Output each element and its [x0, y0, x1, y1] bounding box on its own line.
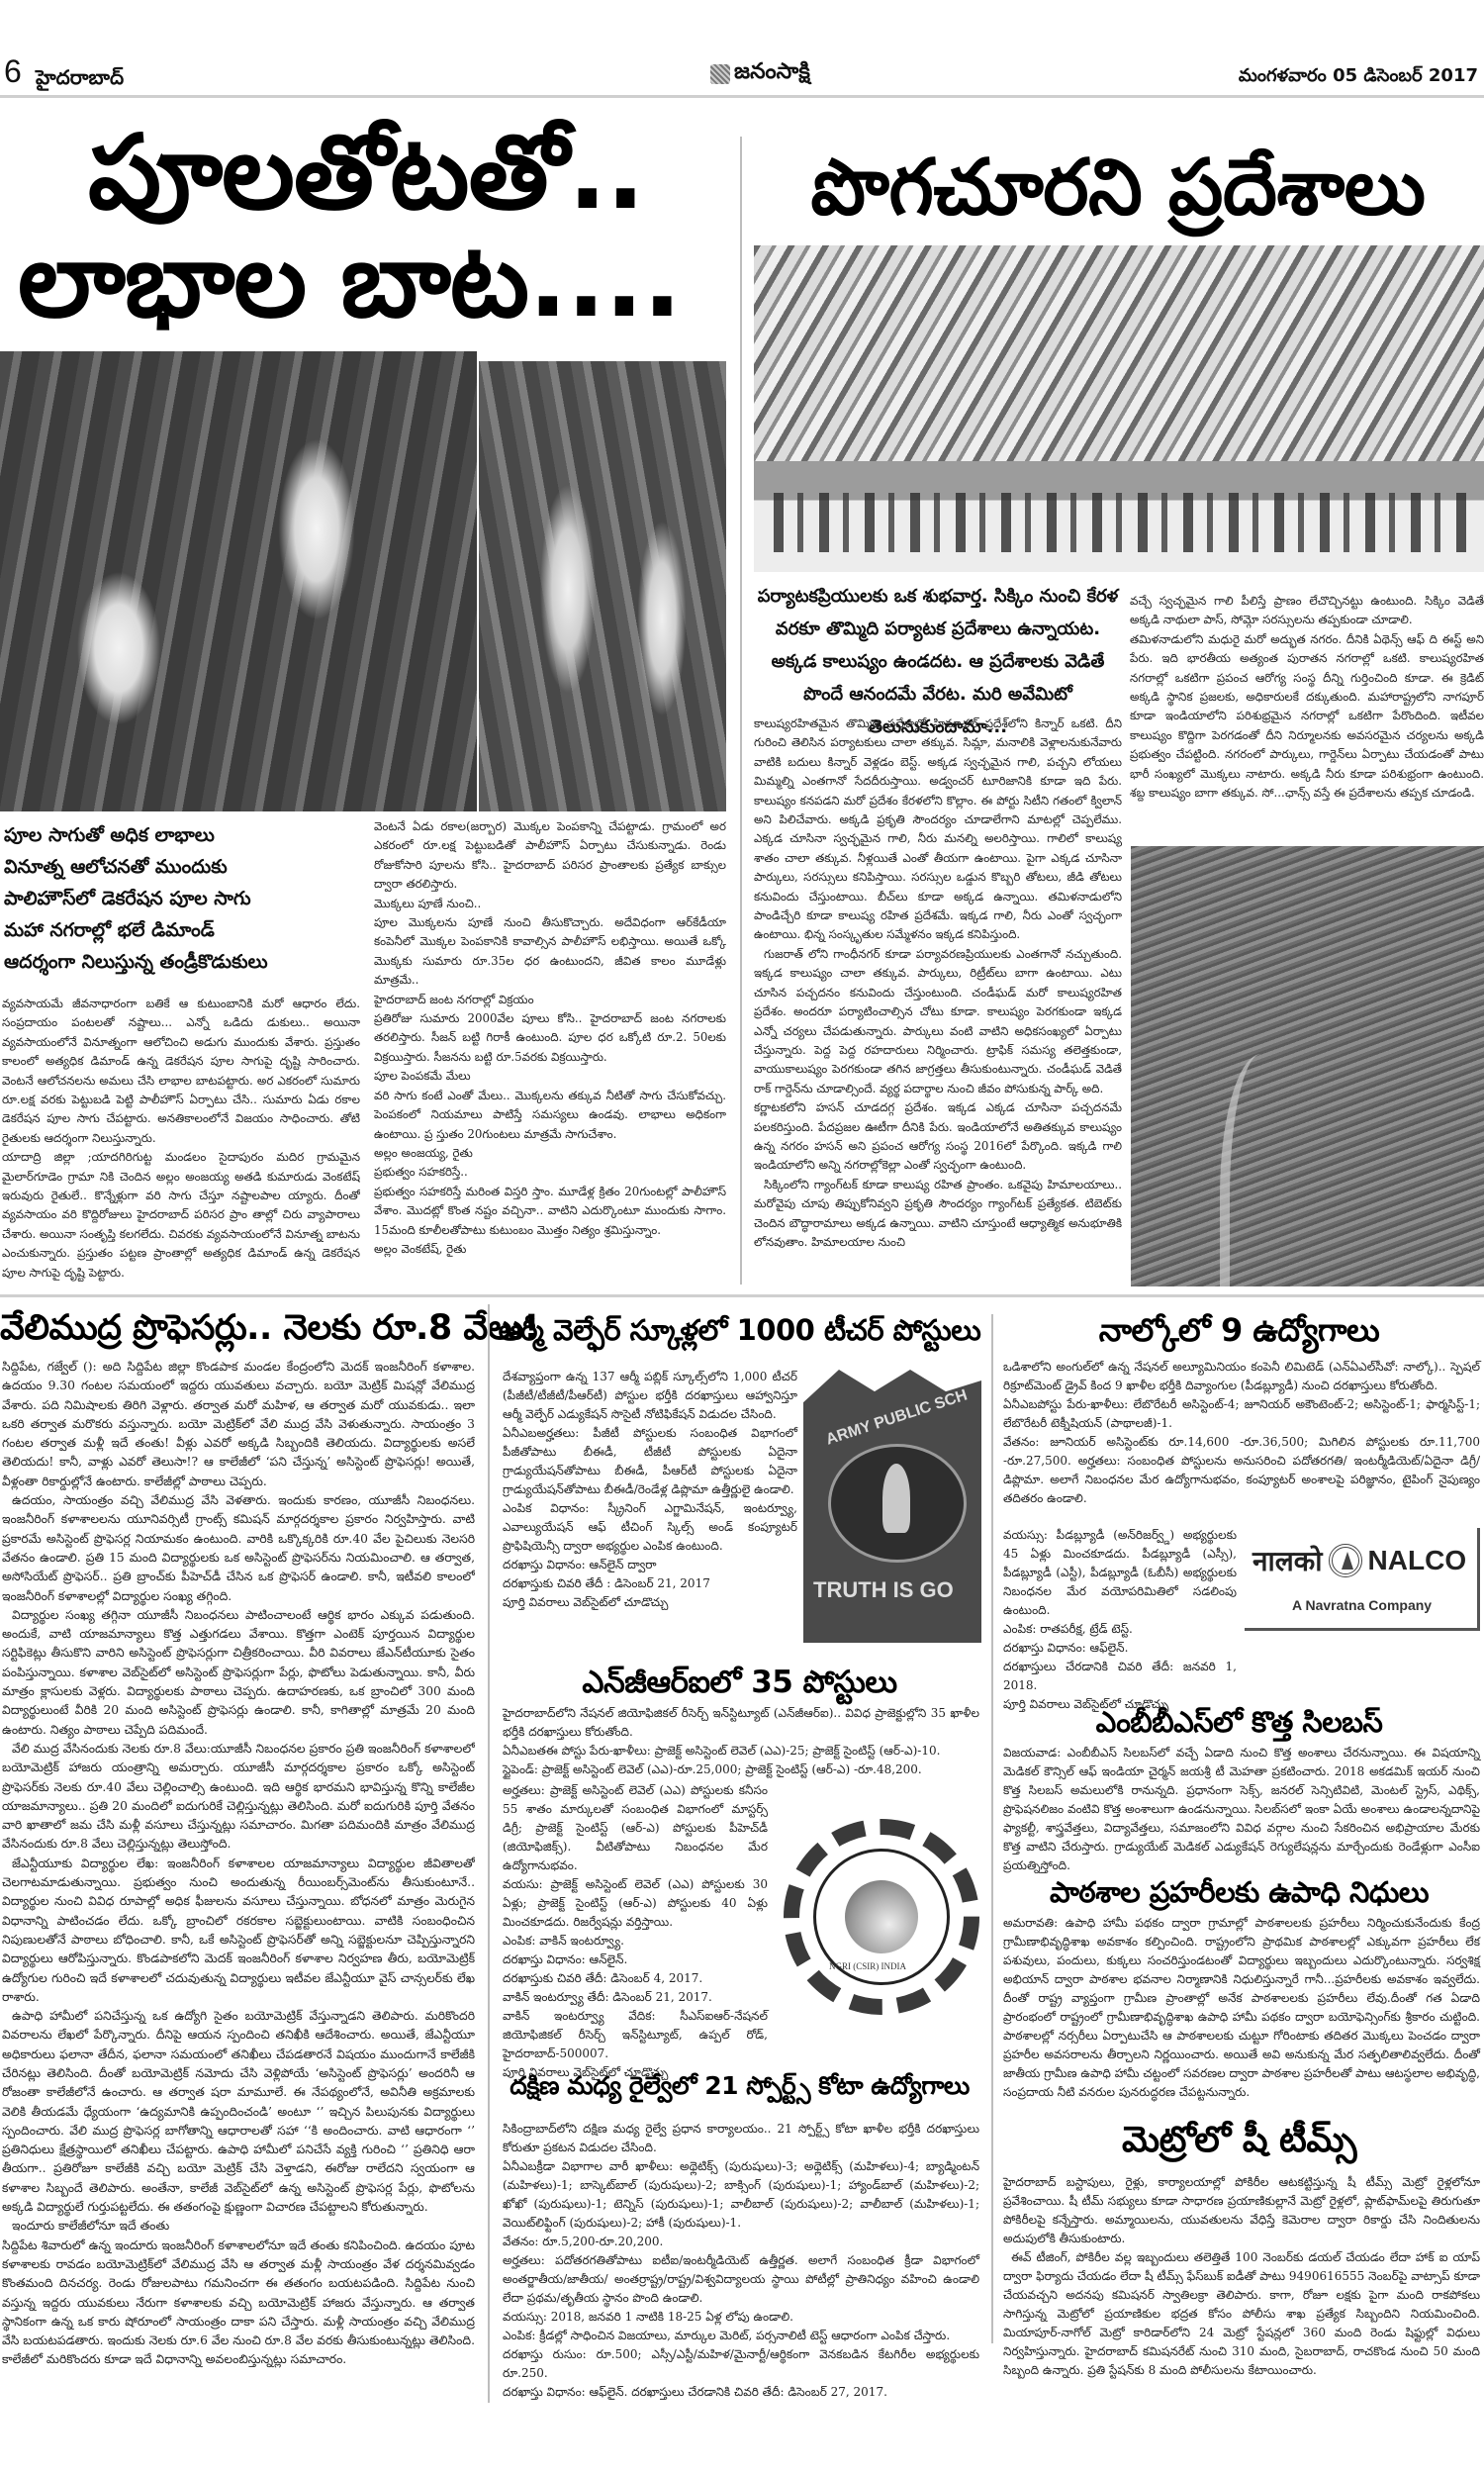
paragraph: ఏనీఎబపోస్టు పేరు-ఖాళీలు: లేబొరేటరీ అసిస్…: [1003, 1395, 1480, 1433]
tea-garden-photo: [1131, 846, 1484, 1286]
paragraph: వచ్చే స్వచ్ఛమైన గాలి పీలిస్తే ప్రాణం లేచ…: [1130, 592, 1484, 630]
flower-photo-left: [0, 351, 477, 811]
issue-date: మంగళవారం 05 డిసెంబర్ 2017: [1239, 65, 1478, 90]
paragraph: సిద్దిపేట శివారులో ఉన్న ఇందూరు ఇంజనీరింగ…: [2, 2237, 475, 2370]
subhead: ఇందూరు కాలేజీలోనూ ఇదే తంతు: [2, 2217, 475, 2236]
tea-garden-path: [1220, 1054, 1289, 1286]
she-teams-headline: మెట్రోలో షీ టీమ్స్: [994, 2116, 1484, 2165]
paragraph: ఎంపిక: వాకిన్ ఇంటర్వ్యూ.: [503, 1932, 768, 1951]
paragraph: సిక్కింలోని గ్యాంగ్‌టక్ కూడా కాలుష్య రహి…: [754, 1176, 1122, 1253]
nalco-headline: నాల్కోలో 9 ఉద్యోగాలు: [994, 1306, 1484, 1354]
ngri-body-left: అర్హతలు: ప్రాజెక్ట్ అసిస్టెంట్ లెవెల్ (ఎ…: [503, 1781, 768, 2082]
page-number: 6: [4, 53, 22, 90]
paragraph: వేతనం: జూనియర్ అసిస్టెంట్‌కు రూ.14,600 -…: [1003, 1433, 1480, 1508]
column-divider: [991, 1314, 993, 2343]
paragraph: గుజరాత్ లోని గాంధీనగర్ కూడా పర్యావరణప్రి…: [754, 945, 1122, 1098]
masthead-logo-icon: [710, 64, 730, 84]
paragraph: దరఖాస్తు విధానం: ఆన్‌లైన్ ద్వారా: [503, 1556, 797, 1574]
highlight-item: ఆదర్శంగా నిలుస్తున్న తండ్రీకొడుకులు: [4, 946, 360, 978]
paragraph: వయస్సు: 2018, జనవరి 1 నాటికి 18-25 ఏళ్ల …: [503, 2308, 979, 2327]
paragraph: దరఖాస్తులు చేరడానికి చివరి తేదీ: జనవరి 1…: [1003, 1658, 1237, 1695]
highlight-item: పూల సాగుతో అధిక లాభాలు: [4, 819, 360, 851]
subhead: హైదరాబాద్ జంట నగరాల్లో విక్రయం: [374, 991, 726, 1009]
subhead: మొక్కలు పూణే నుంచి..: [374, 895, 726, 913]
paragraph: దరఖాస్తుకు చివరి తేదీ: డిసెంబర్ 4, 2017.: [503, 1969, 768, 1988]
highlight-item: మహా నగరాల్లో భలే డిమాండ్: [4, 914, 360, 946]
fingerprint-body: సిద్దిపేట, గజ్వేల్ (): అది సిద్దిపేట జిల…: [2, 1358, 475, 2397]
page-header: 6 హైదరాబాద్ జనంసాక్షి మంగళవారం 05 డిసెంబ…: [0, 0, 1484, 95]
army-headline: ఆర్మీ వెల్ఫేర్ స్కూళ్లలో 1000 టీచర్ పోస్…: [495, 1306, 984, 1354]
paragraph: వ్యవసాయమే జీవనాధారంగా బతికే ఆ కుటుంబానిక…: [2, 995, 360, 1148]
flower-headline: పూలతోటతో.. లాభాల బాట....: [10, 119, 722, 334]
paragraph: సిద్దిపేట, గజ్వేల్ (): అది సిద్దిపేట జిల…: [2, 1358, 475, 1491]
ngri-logo-earth-icon: [845, 1880, 918, 1953]
mbbs-body: విజయవాడ: ఎంబీబీఎస్ సిలబస్‌లో వచ్చే ఏడాది…: [1003, 1744, 1480, 1875]
nalco-hindi-wordmark: नालको: [1252, 1542, 1323, 1579]
paragraph: దరఖాస్తుకు చివరి తేదీ : డిసెంబర్ 21, 201…: [503, 1574, 797, 1593]
mbbs-headline: ఎంబీబీఎస్‌లో కొత్త సిలబస్: [994, 1700, 1484, 1744]
paragraph: ఎంపిక విధానం: స్క్రీనింగ్ ఎగ్జామినేషన్, …: [503, 1499, 797, 1556]
fingerprint-headline: వేలిముద్ర ప్రొఫెసర్లు.. నెలకు రూ.8 వేలు!: [0, 1304, 490, 1352]
paragraph: ఎంపిక: రాతపరీక్ష, ట్రేడ్ టెస్ట్.: [1003, 1620, 1237, 1639]
paragraph: హైదరాబాద్ బస్టాపులు, రైళ్లు, కార్యాలయాల్…: [1003, 2173, 1480, 2248]
flower-body-col1: వ్యవసాయమే జీవనాధారంగా బతికే ఆ కుటుంబానిక…: [2, 995, 360, 1291]
flower-headline-line2: లాభాల బాట....: [10, 227, 722, 334]
paragraph: పూల మొక్కలను పూణే నుంచి తీసుకొచ్చారు. అద…: [374, 913, 726, 991]
highlight-item: పాలిహౌస్‌లో డెకరేషన పూల సాగు: [4, 883, 360, 914]
paragraph: ఏనీఎబతఈ పోస్టు పేరు-ఖాళీలు: ప్రాజెక్ట్ అ…: [503, 1742, 979, 1761]
section-divider: [0, 1294, 1484, 1297]
paragraph: స్టైపెండ్: ప్రాజెక్ట్ అసిస్టెంట్ లెవెల్ …: [503, 1761, 979, 1779]
army-public-school-logo: ARMY PUBLIC SCH TRUTH IS GO: [803, 1370, 981, 1643]
subhead: ప్రభుత్వం సహకరిస్తే..: [374, 1163, 726, 1182]
nalco-emblem-icon: [1329, 1544, 1362, 1577]
logo-text-bottom: TRUTH IS GO: [813, 1577, 954, 1603]
paragraph: అర్హతలు: పదోతరగతితోపాటు ఐటీఐ/ఇంటర్మీడియె…: [503, 2251, 979, 2308]
subhead: పూల పెంపకమే మేలు: [374, 1067, 726, 1086]
flower-body-col2: వెంటనే ఏడు రకాల(జర్బార) మొక్కల పెంపకాన్న…: [374, 817, 726, 1292]
paragraph: విజయవాడ: ఎంబీబీఎస్ సిలబస్‌లో వచ్చే ఏడాది…: [1003, 1744, 1480, 1875]
byline: అల్లం అంజయ్య, రైతు: [374, 1144, 726, 1163]
nalco-body-top: ఒడిశాలోని అంగుల్‌లో ఉన్న నేషనల్ అల్యూమిన…: [1003, 1358, 1480, 1508]
she-teams-body: హైదరాబాద్ బస్టాపులు, రైళ్లు, కార్యాలయాల్…: [1003, 2173, 1480, 2380]
paragraph: జేఎన్టీయూకు విద్యార్థుల లేఖ: ఇంజనీరింగ్ …: [2, 1855, 475, 2007]
ngri-headline: ఎన్‌జీఆర్‌ఐలో 35 పోస్టులు: [495, 1663, 984, 1702]
paragraph: వరి సాగు కంటే ఎంతో మేలు.. మొక్కలను తక్కు…: [374, 1087, 726, 1144]
paragraph: ఉపాధి హామీలో పనిచేస్తున్న ఒక ఉద్యోగి సైత…: [2, 2007, 475, 2217]
paragraph: వెంటనే ఏడు రకాల(జర్బార) మొక్కల పెంపకాన్న…: [374, 817, 726, 895]
paragraph: వయస్సు: పీడబ్ల్యూడీ (అన్‌రిజర్వ్డ్) అభ్య…: [1003, 1526, 1237, 1620]
paragraph: సికింద్రాబాద్‌లోని దక్షిణ మధ్య రైల్వే ప్…: [503, 2120, 979, 2157]
flower-headline-line1: పూలతోటతో..: [10, 119, 722, 227]
ngri-logo-text: NGRI (CSIR) INDIA: [829, 1961, 906, 1971]
paragraph: వాకిన్ ఇంటర్వ్యూ వేదిక: సీఎస్ఐఆర్-నేషనల్…: [503, 2007, 768, 2063]
tourist-silhouettes: [774, 493, 1466, 552]
masthead-title: జనంసాక్షి: [734, 59, 810, 89]
section-name: హైదరాబాద్: [36, 65, 124, 94]
masthead: జనంసాక్షి: [710, 59, 810, 89]
paragraph: దరఖాస్తు రుసుం: రూ.500; ఎస్సీ/ఎస్టీ/మహిళ…: [503, 2345, 979, 2383]
clean-places-headline: పొగచూరని ప్రదేశాలు: [752, 139, 1484, 238]
paragraph: ఏనీఎబక్రీడా విభాగాల వారీ ఖాళీలు: అథ్లెటి…: [503, 2157, 979, 2233]
paragraph: వేలి ముద్ర వేసినందుకు నెలకు రూ.8 వేలు:యూ…: [2, 1740, 475, 1855]
paragraph: తమిళనాడులోని మధురై మరో అద్భుత నగరం. దీని…: [1130, 630, 1484, 804]
paragraph: వయసు: ప్రాజెక్ట్ అసిస్టెంట్ లెవెల్ (ఎఎ) …: [503, 1875, 768, 1932]
clean-places-col2: వచ్చే స్వచ్ఛమైన గాలి పీలిస్తే ప్రాణం లేచ…: [1130, 592, 1484, 834]
paragraph: ప్రతిరోజు సుమారు 2000వేల పూలు కోసి.. హైద…: [374, 1009, 726, 1067]
railway-headline: దక్షిణ మధ్య రైల్వేలో 21 స్పోర్ట్స్ కోటా …: [495, 2064, 984, 2108]
paragraph: దేశవ్యాప్తంగా ఉన్న 137 ఆర్మీ పబ్లిక్ స్క…: [503, 1368, 797, 1424]
paragraph: ఉదయం, సాయంత్రం వచ్చి వేలిముద్ర వేసి వెళత…: [2, 1491, 475, 1606]
ngri-body-top: హైదరాబాద్‌లోని నేషనల్ జియోఫిజికల్ రీసెర్…: [503, 1704, 979, 1779]
nalco-english-wordmark: NALCO: [1368, 1545, 1467, 1576]
column-divider: [740, 137, 742, 1285]
paragraph: విద్యార్థుల సంఖ్య తగ్గినా యూజీసీ నిబంధనల…: [2, 1606, 475, 1740]
school-walls-headline: పాఠశాల ప్రహరీలకు ఉపాధి నిధులు: [994, 1870, 1484, 1914]
highlight-item: వినూత్న ఆలోచనతో ముందుకు: [4, 851, 360, 883]
paragraph: కాలుష్యరహితమైన తొమ్మిది ప్రదేశాల్లో హిమా…: [754, 714, 1122, 945]
snow-lake-photo: [754, 245, 1484, 572]
paragraph: ప్రభుత్వం సహకరిస్తే మరింత విస్తరి స్తాం.…: [374, 1183, 726, 1240]
paragraph: యాదాద్రి జిల్లా ;యాదగిరిగుట్ట మండలం సైదా…: [2, 1148, 360, 1283]
paragraph: దరఖాస్తు విధానం: ఆఫ్‌లైన్. దరఖాస్తులు చే…: [503, 2383, 979, 2402]
paragraph: పూర్తి వివరాలు వెబ్‌సైట్‌లో చూడొచ్చు: [503, 1593, 797, 1612]
flower-highlights: పూల సాగుతో అధిక లాభాలు వినూత్న ఆలోచనతో మ…: [4, 819, 360, 978]
army-body: దేశవ్యాప్తంగా ఉన్న 137 ఆర్మీ పబ్లిక్ స్క…: [503, 1368, 797, 1612]
paragraph: హైదరాబాద్‌లోని నేషనల్ జియోఫిజికల్ రీసెర్…: [503, 1704, 979, 1742]
paragraph: దరఖాస్తు విధానం: ఆఫ్‌లైన్.: [1003, 1639, 1237, 1658]
header-divider: [0, 95, 1484, 98]
paragraph: ఒడిశాలోని అంగుల్‌లో ఉన్న నేషనల్ అల్యూమిన…: [1003, 1358, 1480, 1395]
railway-body: సికింద్రాబాద్‌లోని దక్షిణ మధ్య రైల్వే ప్…: [503, 2120, 979, 2402]
logo-text-top: ARMY PUBLIC SCH: [824, 1386, 970, 1449]
paragraph: ఎంపిక: క్రీడల్లో సాధించిన విజయాలు, మార్క…: [503, 2327, 979, 2345]
paragraph: కర్ణాటకలోని హసన్ చూడదగ్గ ప్రదేశం. ఇక్కడ …: [754, 1098, 1122, 1176]
flower-photo-right: [479, 361, 726, 811]
nalco-logo: नालको NALCO A Navratna Company: [1245, 1528, 1480, 1631]
byline: అల్లం వెంకటేష్, రైతు: [374, 1240, 726, 1259]
paragraph: ఈవ్ టీజింగ్, పోకిరీల వల్ల ఇబ్బందులు తలెత…: [1003, 2248, 1480, 2380]
clean-places-col1: కాలుష్యరహితమైన తొమ్మిది ప్రదేశాల్లో హిమా…: [754, 714, 1122, 1286]
paragraph: అమరావతి: ఉపాధి హామీ పథకం ద్వారా గ్రామాల్…: [1003, 1914, 1480, 2102]
ngri-logo: NGRI (CSIR) INDIA: [784, 1819, 979, 2015]
paragraph: దరఖాస్తు విధానం: ఆన్‌లైన్.: [503, 1951, 768, 1969]
paragraph: వేతనం: రూ.5,200-రూ.20,200.: [503, 2233, 979, 2251]
logo-flame-icon: [882, 1464, 910, 1533]
paragraph: వాకిన్ ఇంటర్వ్యూ తేదీ: డిసెంబర్ 21, 2017…: [503, 1988, 768, 2007]
nalco-tagline: A Navratna Company: [1292, 1597, 1432, 1613]
school-walls-body: అమరావతి: ఉపాధి హామీ పథకం ద్వారా గ్రామాల్…: [1003, 1914, 1480, 2102]
column-divider: [488, 1304, 490, 2403]
nalco-logo-row: नालको NALCO: [1252, 1542, 1466, 1579]
paragraph: అర్హతలు: ప్రాజెక్ట్ అసిస్టెంట్ లెవెల్ (ఎ…: [503, 1781, 768, 1875]
nalco-body-left: వయస్సు: పీడబ్ల్యూడీ (అన్‌రిజర్వ్డ్) అభ్య…: [1003, 1526, 1237, 1714]
paragraph: ఏనీఎబఅర్హతలు: పీజీటీ పోస్టులకు సంబంధిత వ…: [503, 1424, 797, 1499]
